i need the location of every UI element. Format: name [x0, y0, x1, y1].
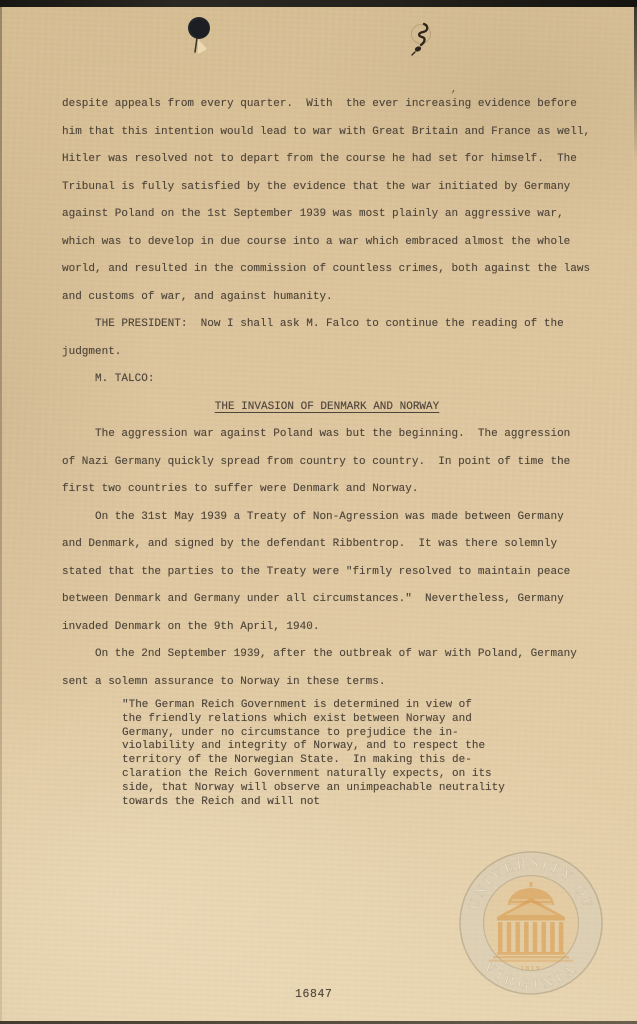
- text-line: "The German Reich Government is determin…: [122, 699, 592, 713]
- text-line: M. TALCO:: [62, 366, 592, 394]
- text-line: On the 31st May 1939 a Treaty of Non-Agr…: [62, 504, 592, 532]
- scan-edge-top: [0, 0, 637, 7]
- text-line: violability and integrity of Norway, and…: [122, 740, 592, 754]
- paragraph: On the 2nd September 1939, after the out…: [62, 641, 592, 696]
- section-heading: THE INVASION OF DENMARK AND NORWAY: [62, 394, 592, 422]
- text-line: THE INVASION OF DENMARK AND NORWAY: [62, 394, 592, 422]
- text-line: him that this intention would lead to wa…: [62, 119, 592, 147]
- typewritten-text: despite appeals from every quarter. With…: [62, 91, 592, 809]
- text-line: first two countries to suffer were Denma…: [62, 476, 592, 504]
- text-line: between Denmark and Germany under all ci…: [62, 586, 592, 614]
- paragraph: The aggression war against Poland was bu…: [62, 421, 592, 504]
- text-line: side, that Norway will observe an unimpe…: [122, 782, 592, 796]
- quoted-passage: "The German Reich Government is determin…: [62, 699, 592, 809]
- text-line: The aggression war against Poland was bu…: [62, 421, 592, 449]
- text-line: Tribunal is fully satisfied by the evide…: [62, 174, 592, 202]
- paragraph: M. TALCO:: [62, 366, 592, 394]
- text-line: stated that the parties to the Treaty we…: [62, 559, 592, 587]
- text-line: world, and resulted in the commission of…: [62, 256, 592, 284]
- paragraph: despite appeals from every quarter. With…: [62, 91, 592, 311]
- text-line: sent a solemn assurance to Norway in the…: [62, 669, 592, 697]
- punch-hole-icon: [185, 15, 217, 59]
- text-line: Germany, under no circumstance to prejud…: [122, 727, 592, 741]
- text-line: judgment.: [62, 339, 592, 367]
- torn-hole-icon: [406, 20, 436, 58]
- text-line: despite appeals from every quarter. With…: [62, 91, 592, 119]
- text-line: and customs of war, and against humanity…: [62, 284, 592, 312]
- text-line: claration the Reich Government naturally…: [122, 768, 592, 782]
- paragraph: THE PRESIDENT: Now I shall ask M. Falco …: [62, 311, 592, 366]
- text-line: towards the Reich and will not: [122, 796, 592, 810]
- paragraph: On the 31st May 1939 a Treaty of Non-Agr…: [62, 504, 592, 642]
- page-number: 16847: [295, 988, 333, 1001]
- scan-edge-left: [0, 0, 2, 1024]
- text-line: On the 2nd September 1939, after the out…: [62, 641, 592, 669]
- text-line: of Nazi Germany quickly spread from coun…: [62, 449, 592, 477]
- text-line: territory of the Norwegian State. In mak…: [122, 754, 592, 768]
- text-line: invaded Denmark on the 9th April, 1940.: [62, 614, 592, 642]
- university-of-virginia-watermark: 1819 UNIVERSITY OF VIRGINIA: [450, 842, 620, 1012]
- text-line: which was to develop in due course into …: [62, 229, 592, 257]
- text-line: and Denmark, and signed by the defendant…: [62, 531, 592, 559]
- text-line: against Poland on the 1st September 1939…: [62, 201, 592, 229]
- seal-year: 1819: [521, 965, 542, 972]
- text-line: THE PRESIDENT: Now I shall ask M. Falco …: [62, 311, 592, 339]
- document-page: ’ despite appeals from every quarter. Wi…: [0, 0, 637, 1024]
- text-line: the friendly relations which exist betwe…: [122, 713, 592, 727]
- text-line: Hitler was resolved not to depart from t…: [62, 146, 592, 174]
